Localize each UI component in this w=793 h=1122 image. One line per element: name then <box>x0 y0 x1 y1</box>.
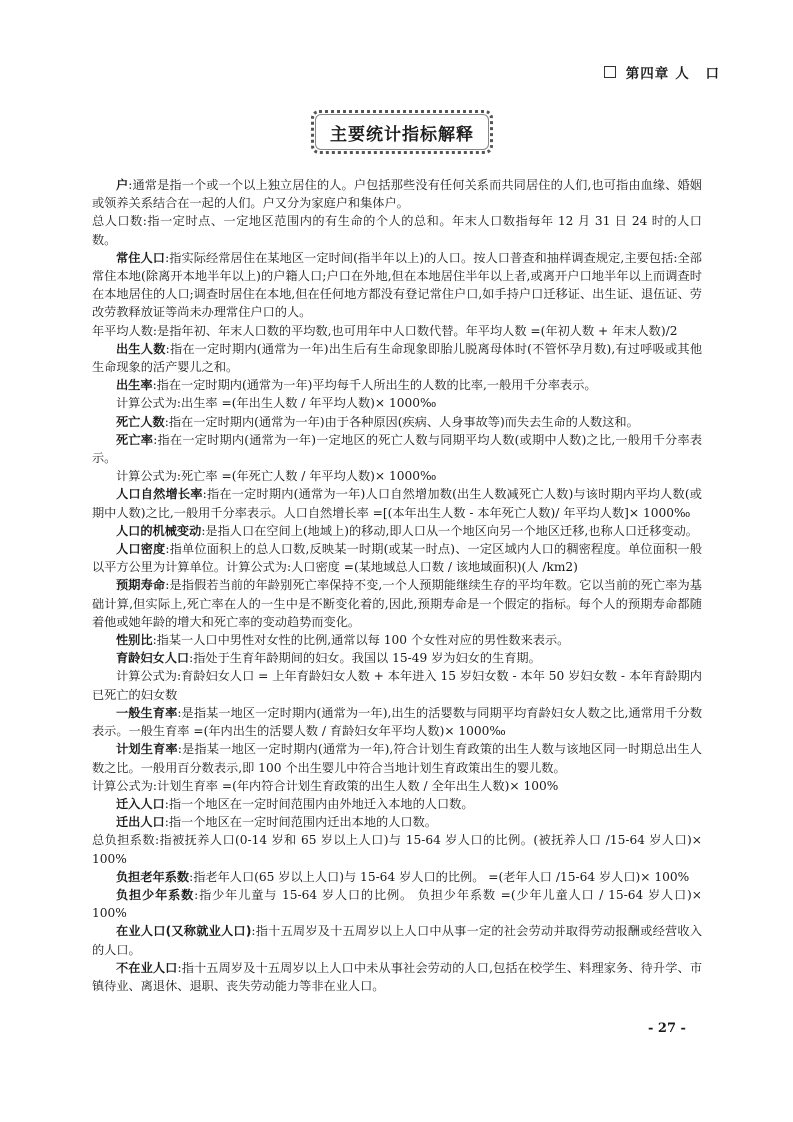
definition-term: 常住人口 <box>116 251 165 265</box>
definition-text: :指老年人口(65 岁以上人口)与 15-64 岁人口的比例。 =(老年人口 /… <box>189 870 689 884</box>
definition-term: 负担老年系数 <box>116 870 189 884</box>
definition-term: 性别比 <box>116 633 153 647</box>
definition-text: 计算公式为:计划生育率 =(年内符合计划生育政策的出生人数 / 全年出生人数)×… <box>92 779 558 793</box>
definition-term: 一般生育率 <box>116 706 177 720</box>
definition-text: 总负担系数:指被抚养人口(0-14 岁和 65 岁以上人口)与 15-64 岁人… <box>92 833 702 865</box>
definition-paragraph: 人口密度:指单位面积上的总人口数,反映某一时期(或某一时点)、一定区域内人口的稠… <box>92 540 702 576</box>
chapter-number: 第四章 <box>626 62 670 82</box>
definition-paragraph: 不在业人口:指十五周岁及十五周岁以上人口中未从事社会劳动的人口,包括在校学生、料… <box>92 959 702 995</box>
definition-text: :指一个地区在一定时间范围内迁出本地的人口数。 <box>165 815 437 829</box>
definition-paragraph: 人口的机械变动:是指人口在空间上(地域上)的移动,即人口从一个地区向另一个地区迁… <box>92 522 702 540</box>
definition-text: :是指某一地区一定时期内(通常为一年),出生的活婴数与同期平均育龄妇女人数之比,… <box>92 706 702 738</box>
definition-text: :指单位面积上的总人口数,反映某一时期(或某一时点)、一定区域内人口的稠密程度。… <box>92 542 702 574</box>
definition-term: 迁入人口 <box>116 797 165 811</box>
definition-text: 总人口数:指一定时点、一定地区范围内的有生命的个人的总和。年末人口数指每年 12… <box>92 214 702 246</box>
square-bullet-icon <box>604 66 616 78</box>
definition-paragraph: 常住人口:指实际经常居住在某地区一定时间(指半年以上)的人口。按人口普查和抽样调… <box>92 249 702 322</box>
definition-term: 人口密度 <box>116 542 165 556</box>
definition-paragraph: 一般生育率:是指某一地区一定时期内(通常为一年),出生的活婴数与同期平均育龄妇女… <box>92 704 702 740</box>
definition-paragraph: 人口自然增长率:指在一定时期内(通常为一年)人口自然增加数(出生人数减死亡人数)… <box>92 485 702 521</box>
definition-term: 在业人口(又称就业人口) <box>116 924 251 938</box>
definition-paragraph: 迁出人口:指一个地区在一定时间范围内迁出本地的人口数。 <box>92 813 702 831</box>
definition-term: 负担少年系数 <box>116 888 194 902</box>
definition-term: 户 <box>116 178 128 192</box>
definition-term: 迁出人口 <box>116 815 165 829</box>
section-title-box: 主要统计指标解释 <box>311 110 493 154</box>
definition-term: 死亡率 <box>116 433 153 447</box>
definition-term: 不在业人口 <box>116 961 177 975</box>
definition-text: :指某一人口中男性对女性的比例,通常以每 100 个女性对应的男性数来表示。 <box>153 633 570 647</box>
definition-text: :指在一定时期内(通常为一年)由于各种原因(疾病、人身事故等)而失去生命的人数这… <box>165 415 639 429</box>
definition-paragraph: 负担少年系数:指少年儿童与 15-64 岁人口的比例。 负担少年系数 =(少年儿… <box>92 886 702 922</box>
definition-text: :指处于生育年龄期间的妇女。我国以 15-49 岁为妇女的生育期。 <box>189 651 541 665</box>
definition-term: 死亡人数 <box>116 415 165 429</box>
definition-text: :指一个地区在一定时间范围内由外地迁入本地的人口数。 <box>165 797 474 811</box>
definition-text: :指实际经常居住在某地区一定时间(指半年以上)的人口。按人口普查和抽样调查规定,… <box>92 251 702 320</box>
definition-paragraph: 性别比:指某一人口中男性对女性的比例,通常以每 100 个女性对应的男性数来表示… <box>92 631 702 649</box>
definition-paragraph: 计算公式为:计划生育率 =(年内符合计划生育政策的出生人数 / 全年出生人数)×… <box>92 777 702 795</box>
definition-paragraph: 计算公式为:出生率 =(年出生人数 / 年平均人数)× 1000‰ <box>92 394 702 412</box>
definition-paragraph: 出生人数:指在一定时期内(通常为一年)出生后有生命现象即胎儿脱离母体时(不管怀孕… <box>92 340 702 376</box>
running-header: 第四章 人 口 <box>604 62 725 82</box>
definition-text: 计算公式为:出生率 =(年出生人数 / 年平均人数)× 1000‰ <box>116 396 436 410</box>
definition-term: 出生率 <box>116 378 153 392</box>
definition-term: 育龄妇女人口 <box>116 651 189 665</box>
definition-paragraph: 年平均人数:是指年初、年末人口数的平均数,也可用年中人口数代替。年平均人数 =(… <box>92 322 702 340</box>
definition-paragraph: 负担老年系数:指老年人口(65 岁以上人口)与 15-64 岁人口的比例。 =(… <box>92 868 702 886</box>
definition-paragraph: 死亡率:指在一定时期内(通常为一年)一定地区的死亡人数与同期平均人数(或期中人数… <box>92 431 702 467</box>
definition-term: 计划生育率 <box>116 742 178 756</box>
definition-text: :指在一定时期内(通常为一年)一定地区的死亡人数与同期平均人数(或期中人数)之比… <box>92 433 702 465</box>
definition-term: 人口的机械变动 <box>116 524 201 538</box>
definitions-body: 户:通常是指一个或一个以上独立居住的人。户包括那些没有任何关系而共同居住的人们,… <box>92 176 702 995</box>
definition-paragraph: 总负担系数:指被抚养人口(0-14 岁和 65 岁以上人口)与 15-64 岁人… <box>92 831 702 867</box>
definition-text: :通常是指一个或一个以上独立居住的人。户包括那些没有任何关系而共同居住的人们,也… <box>92 178 702 210</box>
definition-paragraph: 计算公式为:死亡率 =(年死亡人数 / 年平均人数)× 1000‰ <box>92 467 702 485</box>
definition-paragraph: 总人口数:指一定时点、一定地区范围内的有生命的个人的总和。年末人口数指每年 12… <box>92 212 702 248</box>
definition-paragraph: 出生率:指在一定时期内(通常为一年)平均每千人所出生的人数的比率,一般用千分率表… <box>92 376 702 394</box>
definition-paragraph: 计算公式为:育龄妇女人口 = 上年育龄妇女人数 + 本年进入 15 岁妇女数 -… <box>92 667 702 703</box>
definition-paragraph: 计划生育率:是指某一地区一定时期内(通常为一年),符合计划生育政策的出生人数与该… <box>92 740 702 776</box>
definition-text: :指十五周岁及十五周岁以上人口中未从事社会劳动的人口,包括在校学生、料理家务、待… <box>92 961 702 993</box>
chapter-title: 人 口 <box>675 62 725 82</box>
definition-paragraph: 户:通常是指一个或一个以上独立居住的人。户包括那些没有任何关系而共同居住的人们,… <box>92 176 702 212</box>
definition-text: :是指假若当前的年龄别死亡率保持不变,一个人预期能继续生存的平均年数。它以当前的… <box>92 578 702 628</box>
definition-term: 人口自然增长率 <box>116 487 203 501</box>
definition-term: 预期寿命 <box>116 578 165 592</box>
definition-text: :是指人口在空间上(地域上)的移动,即人口从一个地区向另一个地区迁移,也称人口迁… <box>201 524 698 538</box>
definition-text: :是指某一地区一定时期内(通常为一年),符合计划生育政策的出生人数与该地区同一时… <box>92 742 702 774</box>
definition-text: 计算公式为:育龄妇女人口 = 上年育龄妇女人数 + 本年进入 15 岁妇女数 -… <box>92 669 702 701</box>
definition-text: 年平均人数:是指年初、年末人口数的平均数,也可用年中人口数代替。年平均人数 =(… <box>92 324 677 338</box>
definition-text: 计算公式为:死亡率 =(年死亡人数 / 年平均人数)× 1000‰ <box>116 469 436 483</box>
definition-text: :指在一定时期内(通常为一年)平均每千人所出生的人数的比率,一般用千分率表示。 <box>153 378 597 392</box>
definition-paragraph: 死亡人数:指在一定时期内(通常为一年)由于各种原因(疾病、人身事故等)而失去生命… <box>92 413 702 431</box>
definition-paragraph: 育龄妇女人口:指处于生育年龄期间的妇女。我国以 15-49 岁为妇女的生育期。 <box>92 649 702 667</box>
definition-text: :指在一定时期内(通常为一年)出生后有生命现象即胎儿脱离母体时(不管怀孕月数),… <box>92 342 702 374</box>
page-number: - 27 - <box>648 1021 686 1036</box>
section-title: 主要统计指标解释 <box>330 120 474 145</box>
definition-paragraph: 预期寿命:是指假若当前的年龄别死亡率保持不变,一个人预期能继续生存的平均年数。它… <box>92 576 702 631</box>
definition-paragraph: 在业人口(又称就业人口):指十五周岁及十五周岁以上人口中从事一定的社会劳动并取得… <box>92 922 702 958</box>
definition-term: 出生人数 <box>116 342 166 356</box>
definition-paragraph: 迁入人口:指一个地区在一定时间范围内由外地迁入本地的人口数。 <box>92 795 702 813</box>
